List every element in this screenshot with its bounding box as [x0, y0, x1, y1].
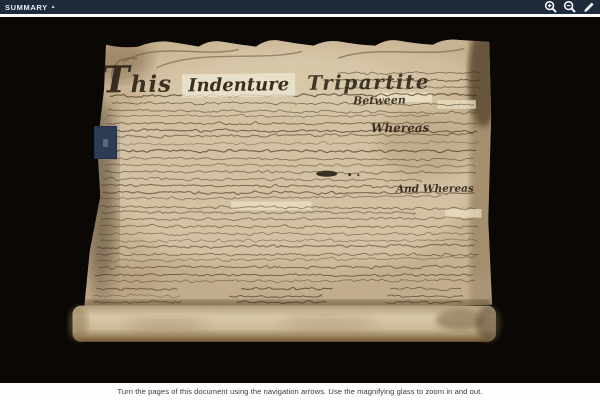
zoom-out-button[interactable] [561, 1, 578, 14]
chevron-up-icon: ▲ [51, 5, 56, 10]
zoom-in-icon [544, 0, 558, 14]
document-page-image[interactable] [0, 17, 600, 383]
summary-panel-toggle[interactable]: SUMMARY ▲ [5, 3, 56, 12]
viewer-instructions: Turn the pages of this document using th… [117, 387, 482, 396]
nav-left-icon [103, 139, 108, 147]
pencil-icon [582, 0, 596, 14]
nav-left-button[interactable] [94, 126, 117, 159]
toolbar-icons [542, 1, 597, 14]
zoom-in-button[interactable] [542, 1, 559, 14]
summary-label: SUMMARY [5, 3, 48, 12]
zoom-out-icon [563, 0, 577, 14]
toolbar: SUMMARY ▲ [0, 0, 600, 14]
document-viewer-app: SUMMARY ▲ [0, 0, 600, 400]
footer: Turn the pages of this document using th… [0, 383, 600, 400]
annotate-button[interactable] [580, 1, 597, 14]
search-highlight [445, 209, 481, 218]
document-viewer-stage: This Indenture Tripartite Between Wherea… [0, 17, 600, 383]
